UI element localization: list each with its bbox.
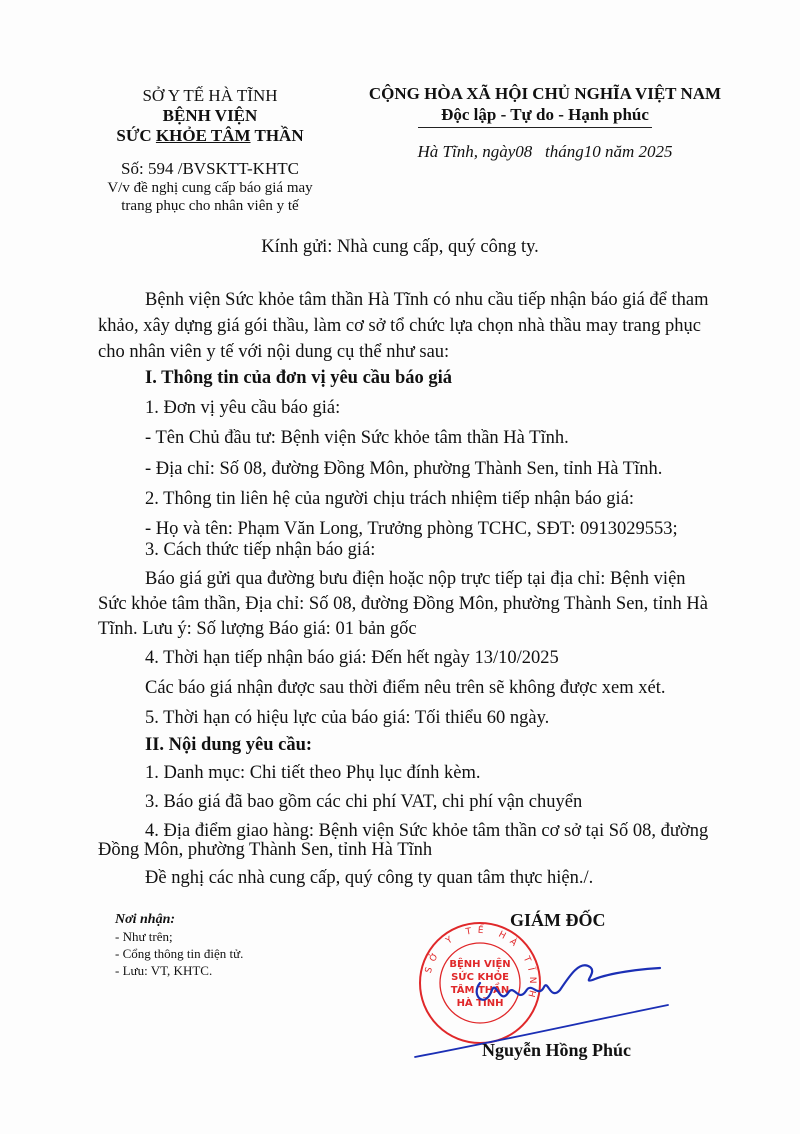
section2-closing: Đề nghị các nhà cung cấp, quý công ty qu… [145, 868, 593, 889]
section2-item3: 3. Báo giá đã bao gồm các chi phí VAT, c… [145, 792, 582, 813]
org-name-part: SỨC [116, 126, 156, 145]
org-name-part: THẦN [251, 126, 304, 145]
motto-underline [418, 127, 652, 128]
section2-item4-line2: Đồng Môn, phường Thành Sen, tỉnh Hà Tĩnh [98, 840, 432, 861]
national-motto: Độc lập - Tự do - Hạnh phúc [345, 105, 745, 125]
section1-owner: - Tên Chủ đầu tư: Bệnh viện Sức khỏe tâm… [145, 428, 569, 449]
place-date: Hà Tĩnh, ngày08 tháng10 năm 2025 [345, 142, 745, 162]
section1-heading: I. Thông tin của đơn vị yêu cầu báo giá [145, 368, 452, 389]
section1-item4: 4. Thời hạn tiếp nhận báo giá: Đến hết n… [145, 648, 559, 669]
national-title: CỘNG HÒA XÃ HỘI CHỦ NGHĨA VIỆT NAM [345, 84, 745, 104]
section1-method-line2: Sức khỏe tâm thần, Địa chỉ: Số 08, đường… [98, 594, 708, 615]
section1-method-line3: Tĩnh. Lưu ý: Số lượng Báo giá: 01 bản gố… [98, 619, 417, 640]
section1-late-note: Các báo giá nhận được sau thời điểm nêu … [145, 678, 666, 699]
signer-name: Nguyễn Hồng Phúc [482, 1040, 631, 1061]
section1-address: - Địa chỉ: Số 08, đường Đồng Môn, phường… [145, 459, 662, 480]
intro-line2: khảo, xây dựng giá gói thầu, làm cơ sở t… [98, 316, 701, 337]
section1-contact: - Họ và tên: Phạm Văn Long, Trưởng phòng… [145, 519, 678, 540]
section1-item5: 5. Thời hạn có hiệu lực của báo giá: Tối… [145, 708, 549, 729]
intro-line1: Bệnh viện Sức khỏe tâm thần Hà Tĩnh có n… [145, 290, 709, 311]
agency-name: SỞ Y TẾ HÀ TĨNH [80, 85, 340, 106]
subject-line2: trang phục cho nhân viên y tế [80, 198, 340, 215]
section2-heading: II. Nội dung yêu cầu: [145, 735, 312, 756]
document-page: SỞ Y TẾ HÀ TĨNH BỆNH VIỆN SỨC KHỎE TÂM T… [0, 0, 800, 1134]
section2-item1: 1. Danh mục: Chi tiết theo Phụ lục đính … [145, 763, 481, 784]
section1-item3: 3. Cách thức tiếp nhận báo giá: [145, 540, 375, 561]
org-name-line1: BỆNH VIỆN [80, 105, 340, 126]
document-number: Số: 594 /BVSKTT-KHTC [80, 159, 340, 179]
section1-item1: 1. Đơn vị yêu cầu báo giá: [145, 398, 340, 419]
intro-line3: cho nhân viên y tế với nội dung cụ thể n… [98, 342, 449, 363]
recipients-item: - Cổng thông tin điện tử. [115, 946, 243, 962]
recipients-item: - Như trên; [115, 929, 173, 945]
section2-item4-line1: 4. Địa điểm giao hàng: Bệnh viện Sức khỏ… [145, 821, 708, 842]
org-name-line2: SỨC KHỎE TÂM THẦN [80, 125, 340, 146]
org-name-underlined: KHỎE TÂM [156, 126, 251, 145]
section1-method-line1: Báo giá gửi qua đường bưu điện hoặc nộp … [145, 569, 686, 590]
recipients-label: Nơi nhận: [115, 912, 175, 928]
recipient-line: Kính gửi: Nhà cung cấp, quý công ty. [80, 237, 720, 258]
subject-line1: V/v đề nghị cung cấp báo giá may [80, 180, 340, 197]
section1-item2: 2. Thông tin liên hệ của người chịu trác… [145, 489, 634, 510]
recipients-item: - Lưu: VT, KHTC. [115, 963, 212, 979]
